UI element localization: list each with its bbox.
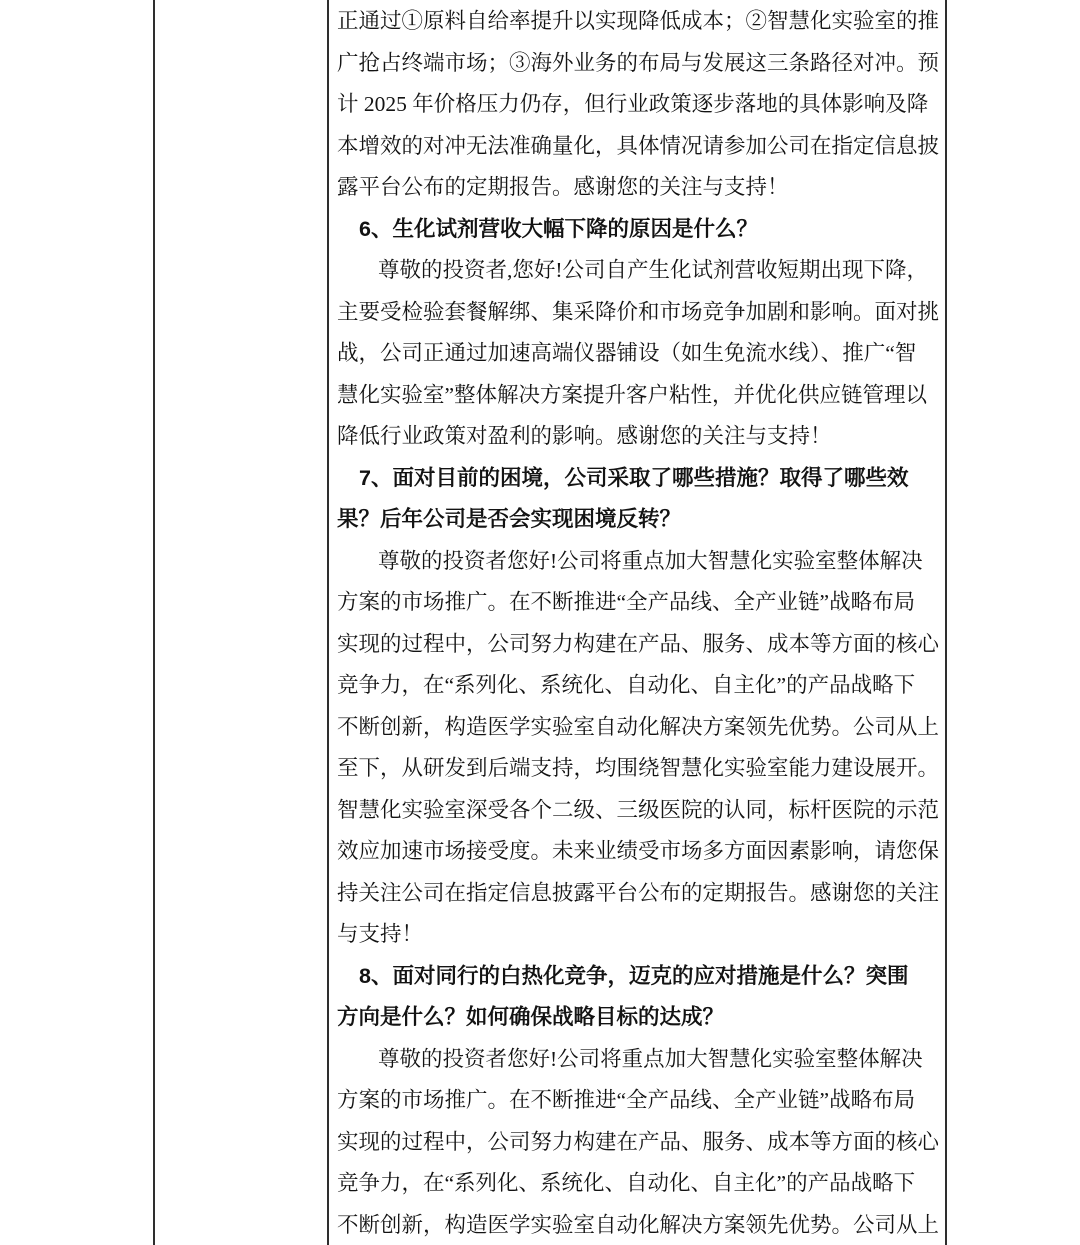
answer-text-line: 尊敬的投资者,您好!公司自产生化试剂营收短期出现下降，: [337, 250, 943, 292]
answer-text-line: 慧化实验室”整体解决方案提升客户粘性，并优化供应链管理以: [337, 375, 943, 417]
question-heading-line: 6、生化试剂营收大幅下降的原因是什么？: [337, 209, 943, 251]
question-heading-line: 8、面对同行的白热化竞争，迈克的应对措施是什么？突围: [337, 956, 943, 998]
answer-text-line: 智慧化实验室深受各个二级、三级医院的认同，标杆医院的示范: [337, 790, 943, 832]
answer-text-line: 竞争力，在“系列化、系统化、自动化、自主化”的产品战略下: [337, 1163, 943, 1205]
answer-text-line: 不断创新，构造医学实验室自动化解决方案领先优势。公司从上: [337, 707, 943, 749]
question-heading-line: 7、面对目前的困境，公司采取了哪些措施？取得了哪些效: [337, 458, 943, 500]
table-border-right: [945, 0, 947, 1245]
answer-text-line: 持关注公司在指定信息披露平台公布的定期报告。感谢您的关注: [337, 873, 943, 915]
table-border-left: [153, 0, 155, 1245]
answer-text-line: 本增效的对冲无法准确量化，具体情况请参加公司在指定信息披: [337, 126, 943, 168]
answer-text-line: 降低行业政策对盈利的影响。感谢您的关注与支持！: [337, 416, 943, 458]
answer-text-line: 计 2025 年价格压力仍存，但行业政策逐步落地的具体影响及降: [337, 84, 943, 126]
answer-text-line: 方案的市场推广。在不断推进“全产品线、全产业链”战略布局: [337, 1080, 943, 1122]
answer-text-line: 方案的市场推广。在不断推进“全产品线、全产业链”战略布局: [337, 582, 943, 624]
question-heading-line: 果？后年公司是否会实现困境反转？: [337, 499, 943, 541]
document-page: 正通过①原料自给率提升以实现降低成本；②智慧化实验室的推广抢占终端市场；③海外业…: [0, 0, 1080, 1245]
answer-text-line: 竞争力，在“系列化、系统化、自动化、自主化”的产品战略下: [337, 665, 943, 707]
table-border-middle: [327, 0, 329, 1245]
answer-text-line: 尊敬的投资者您好!公司将重点加大智慧化实验室整体解决: [337, 1039, 943, 1081]
answer-text-column: 正通过①原料自给率提升以实现降低成本；②智慧化实验室的推广抢占终端市场；③海外业…: [337, 1, 943, 1245]
question-heading-line: 方向是什么？如何确保战略目标的达成？: [337, 997, 943, 1039]
answer-text-line: 与支持！: [337, 914, 943, 956]
answer-text-line: 效应加速市场接受度。未来业绩受市场多方面因素影响，请您保: [337, 831, 943, 873]
answer-text-line: 战，公司正通过加速高端仪器铺设（如生免流水线）、推广“智: [337, 333, 943, 375]
answer-text-line: 尊敬的投资者您好!公司将重点加大智慧化实验室整体解决: [337, 541, 943, 583]
answer-text-line: 主要受检验套餐解绑、集采降价和市场竞争加剧和影响。面对挑: [337, 292, 943, 334]
answer-text-line: 正通过①原料自给率提升以实现降低成本；②智慧化实验室的推: [337, 1, 943, 43]
answer-text-line: 实现的过程中，公司努力构建在产品、服务、成本等方面的核心: [337, 1122, 943, 1164]
answer-text-line: 露平台公布的定期报告。感谢您的关注与支持！: [337, 167, 943, 209]
answer-text-line: 广抢占终端市场；③海外业务的布局与发展这三条路径对冲。预: [337, 43, 943, 85]
answer-text-line: 实现的过程中，公司努力构建在产品、服务、成本等方面的核心: [337, 624, 943, 666]
answer-text-line: 不断创新，构造医学实验室自动化解决方案领先优势。公司从上: [337, 1205, 943, 1245]
answer-text-line: 至下，从研发到后端支持，均围绕智慧化实验室能力建设展开。: [337, 748, 943, 790]
